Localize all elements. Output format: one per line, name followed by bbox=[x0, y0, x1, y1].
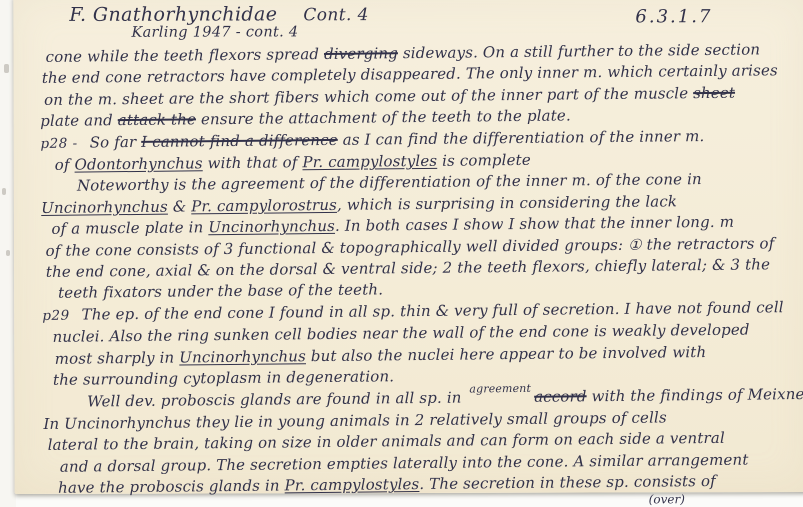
underlined-species-name: Uncinorhynchus bbox=[179, 347, 306, 366]
family-name: F. Gnathorhynchidae bbox=[69, 3, 277, 26]
page-ref-marker: p29 bbox=[42, 308, 69, 324]
edge-smudge bbox=[4, 64, 9, 73]
underlined-species-name: Uncinorhynchus bbox=[208, 217, 335, 236]
index-card: F. GnathorhynchidaeCont. 4 6.3.1.7 Karli… bbox=[13, 0, 803, 494]
text-segment: & bbox=[168, 197, 192, 215]
text-segment: . In both cases I show I show that the i… bbox=[335, 213, 734, 235]
text-segment: with that of bbox=[203, 153, 303, 172]
body-lines: cone while the teeth flexors spread dive… bbox=[39, 39, 803, 499]
text-segment: as I can find the differentiation of the… bbox=[338, 127, 705, 149]
struck-text: I cannot find a difference bbox=[141, 130, 338, 150]
text-segment: sideways. On a still further to the side… bbox=[398, 40, 760, 62]
text-segment: have the proboscis glands in bbox=[58, 477, 285, 497]
text-segment: of a muscle plate in bbox=[51, 218, 208, 238]
text-segment: Well dev. proboscis glands are found in … bbox=[87, 388, 466, 410]
page-ref-marker: p28 - bbox=[40, 135, 77, 151]
over-note: (over) bbox=[649, 492, 800, 506]
text-segment: most sharply in bbox=[55, 348, 180, 367]
underlined-species-name: Pr. campylorostrus bbox=[191, 196, 337, 216]
text-segment: cone while the teeth flexors spread bbox=[45, 45, 324, 66]
struck-text: attack the bbox=[118, 111, 196, 130]
text-segment: with the findings of Meixner bbox=[587, 384, 803, 404]
struck-text: diverging bbox=[324, 44, 398, 63]
struck-text: accord bbox=[534, 387, 587, 406]
text-segment: the surrounding cytoplasm in degeneratio… bbox=[53, 367, 394, 389]
edge-smudge bbox=[6, 250, 10, 256]
text-segment: is complete bbox=[437, 151, 531, 170]
inserted-note: agreement bbox=[469, 381, 531, 395]
text-segment: of bbox=[55, 156, 75, 174]
text-segment: , which is surprising in considering the… bbox=[337, 192, 677, 214]
underlined-species-name: Odontorhynchus bbox=[74, 154, 202, 173]
card-title: F. GnathorhynchidaeCont. 4 bbox=[69, 3, 368, 26]
text-segment: teeth fixators under the base of the tee… bbox=[58, 281, 383, 302]
text-segment: but also the nuclei here appear to be in… bbox=[306, 343, 706, 365]
underlined-species-name: Uncinorhynchus bbox=[41, 197, 168, 216]
text-segment: So far bbox=[90, 133, 142, 152]
text-segment: . The secretion in these sp. consists of bbox=[419, 472, 716, 493]
underlined-species-name: Pr. campylostyles bbox=[302, 152, 437, 171]
edge-smudge bbox=[2, 188, 6, 195]
reference-number: 6.3.1.7 bbox=[635, 6, 712, 27]
cont-label: Cont. 4 bbox=[303, 5, 369, 25]
text-segment: ensure the attachment of the teeth to th… bbox=[196, 107, 571, 129]
underlined-species-name: Pr. campylostyles bbox=[285, 475, 420, 494]
text-segment: plate and bbox=[40, 111, 118, 130]
struck-text: sheet bbox=[693, 84, 735, 102]
